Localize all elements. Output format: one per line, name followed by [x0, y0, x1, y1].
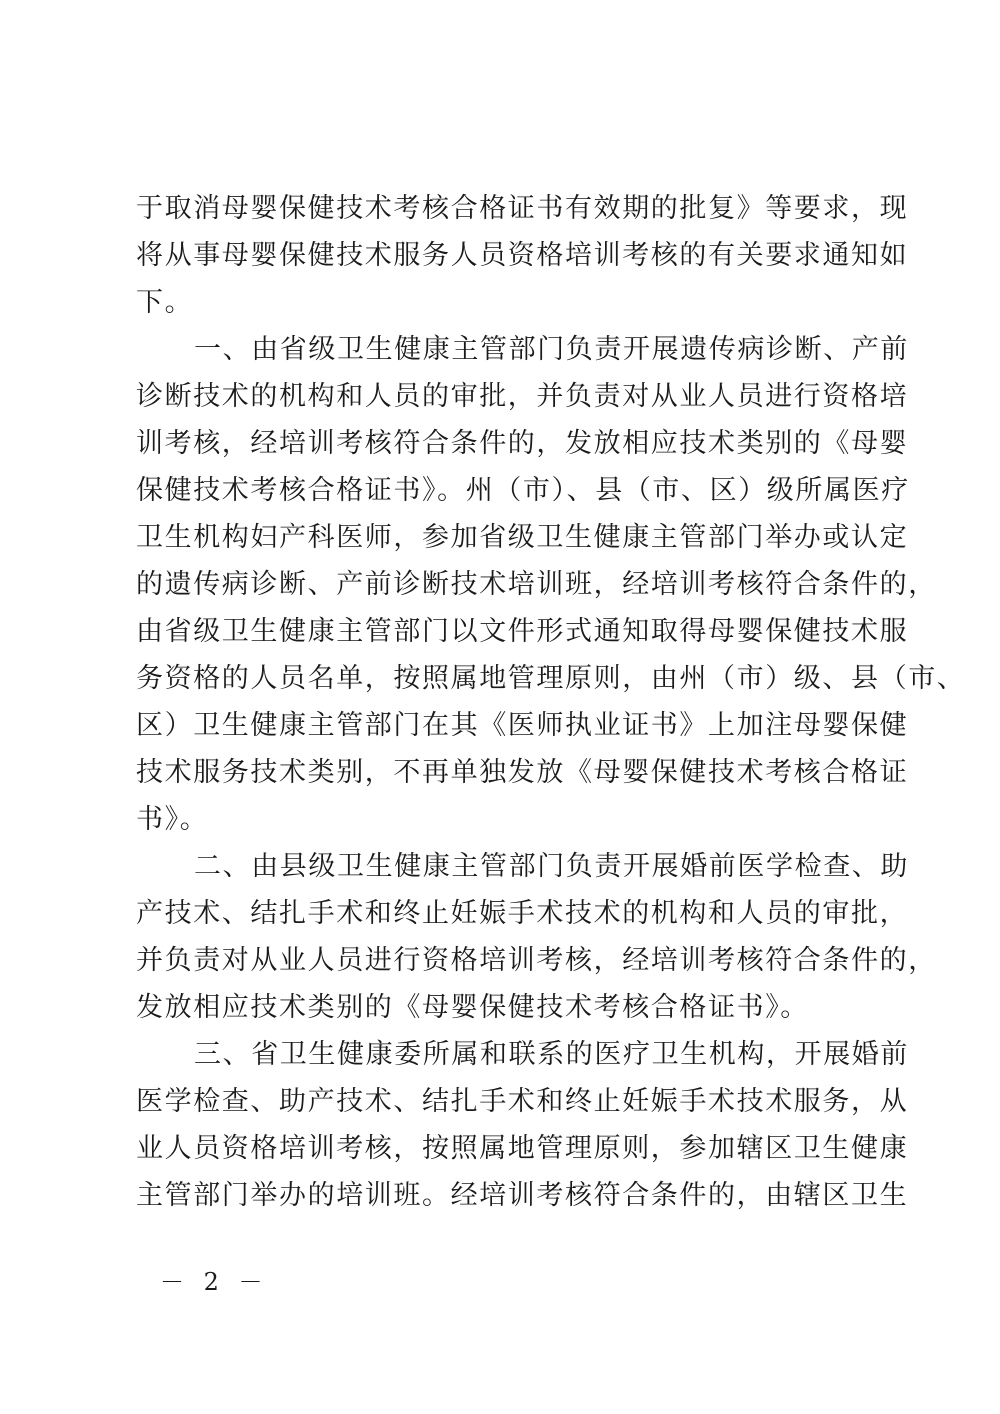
page-number: － 2 －	[160, 1262, 269, 1297]
text-line: 三、省卫生健康委所属和联系的医疗卫生机构，开展婚前	[136, 1031, 864, 1078]
text-line: 书》。	[136, 796, 864, 843]
document-page: 于取消母婴保健技术考核合格证书有效期的批复》等要求，现 将从事母婴保健技术服务人…	[136, 185, 864, 1219]
text-line: 诊断技术的机构和人员的审批，并负责对从业人员进行资格培	[136, 373, 864, 420]
text-line: 业人员资格培训考核，按照属地管理原则，参加辖区卫生健康	[136, 1125, 864, 1172]
text-line: 保健技术考核合格证书》。州（市）、县（市、区）级所属医疗	[136, 467, 864, 514]
text-line: 主管部门举办的培训班。经培训考核符合条件的，由辖区卫生	[136, 1172, 864, 1219]
text-line: 一、由省级卫生健康主管部门负责开展遗传病诊断、产前	[136, 326, 864, 373]
text-line: 训考核，经培训考核符合条件的，发放相应技术类别的《母婴	[136, 420, 864, 467]
text-line: 区）卫生健康主管部门在其《医师执业证书》上加注母婴保健	[136, 702, 864, 749]
text-line: 的遗传病诊断、产前诊断技术培训班，经培训考核符合条件的，	[136, 561, 864, 608]
text-line: 并负责对从业人员进行资格培训考核，经培训考核符合条件的，	[136, 937, 864, 984]
text-line: 发放相应技术类别的《母婴保健技术考核合格证书》。	[136, 984, 864, 1031]
paragraph-item-2: 二、由县级卫生健康主管部门负责开展婚前医学检查、助 产技术、结扎手术和终止妊娠手…	[136, 843, 864, 1031]
text-line: 由省级卫生健康主管部门以文件形式通知取得母婴保健技术服	[136, 608, 864, 655]
text-line: 下。	[136, 279, 864, 326]
text-line: 务资格的人员名单，按照属地管理原则，由州（市）级、县（市、	[136, 655, 864, 702]
text-line: 医学检查、助产技术、结扎手术和终止妊娠手术技术服务，从	[136, 1078, 864, 1125]
paragraph-item-1: 一、由省级卫生健康主管部门负责开展遗传病诊断、产前 诊断技术的机构和人员的审批，…	[136, 326, 864, 843]
text-line: 卫生机构妇产科医师，参加省级卫生健康主管部门举办或认定	[136, 514, 864, 561]
text-line: 技术服务技术类别，不再单独发放《母婴保健技术考核合格证	[136, 749, 864, 796]
text-line: 二、由县级卫生健康主管部门负责开展婚前医学检查、助	[136, 843, 864, 890]
paragraph-intro-continuation: 于取消母婴保健技术考核合格证书有效期的批复》等要求，现 将从事母婴保健技术服务人…	[136, 185, 864, 326]
text-line: 产技术、结扎手术和终止妊娠手术技术的机构和人员的审批，	[136, 890, 864, 937]
text-line: 将从事母婴保健技术服务人员资格培训考核的有关要求通知如	[136, 232, 864, 279]
paragraph-item-3: 三、省卫生健康委所属和联系的医疗卫生机构，开展婚前 医学检查、助产技术、结扎手术…	[136, 1031, 864, 1219]
text-line: 于取消母婴保健技术考核合格证书有效期的批复》等要求，现	[136, 185, 864, 232]
